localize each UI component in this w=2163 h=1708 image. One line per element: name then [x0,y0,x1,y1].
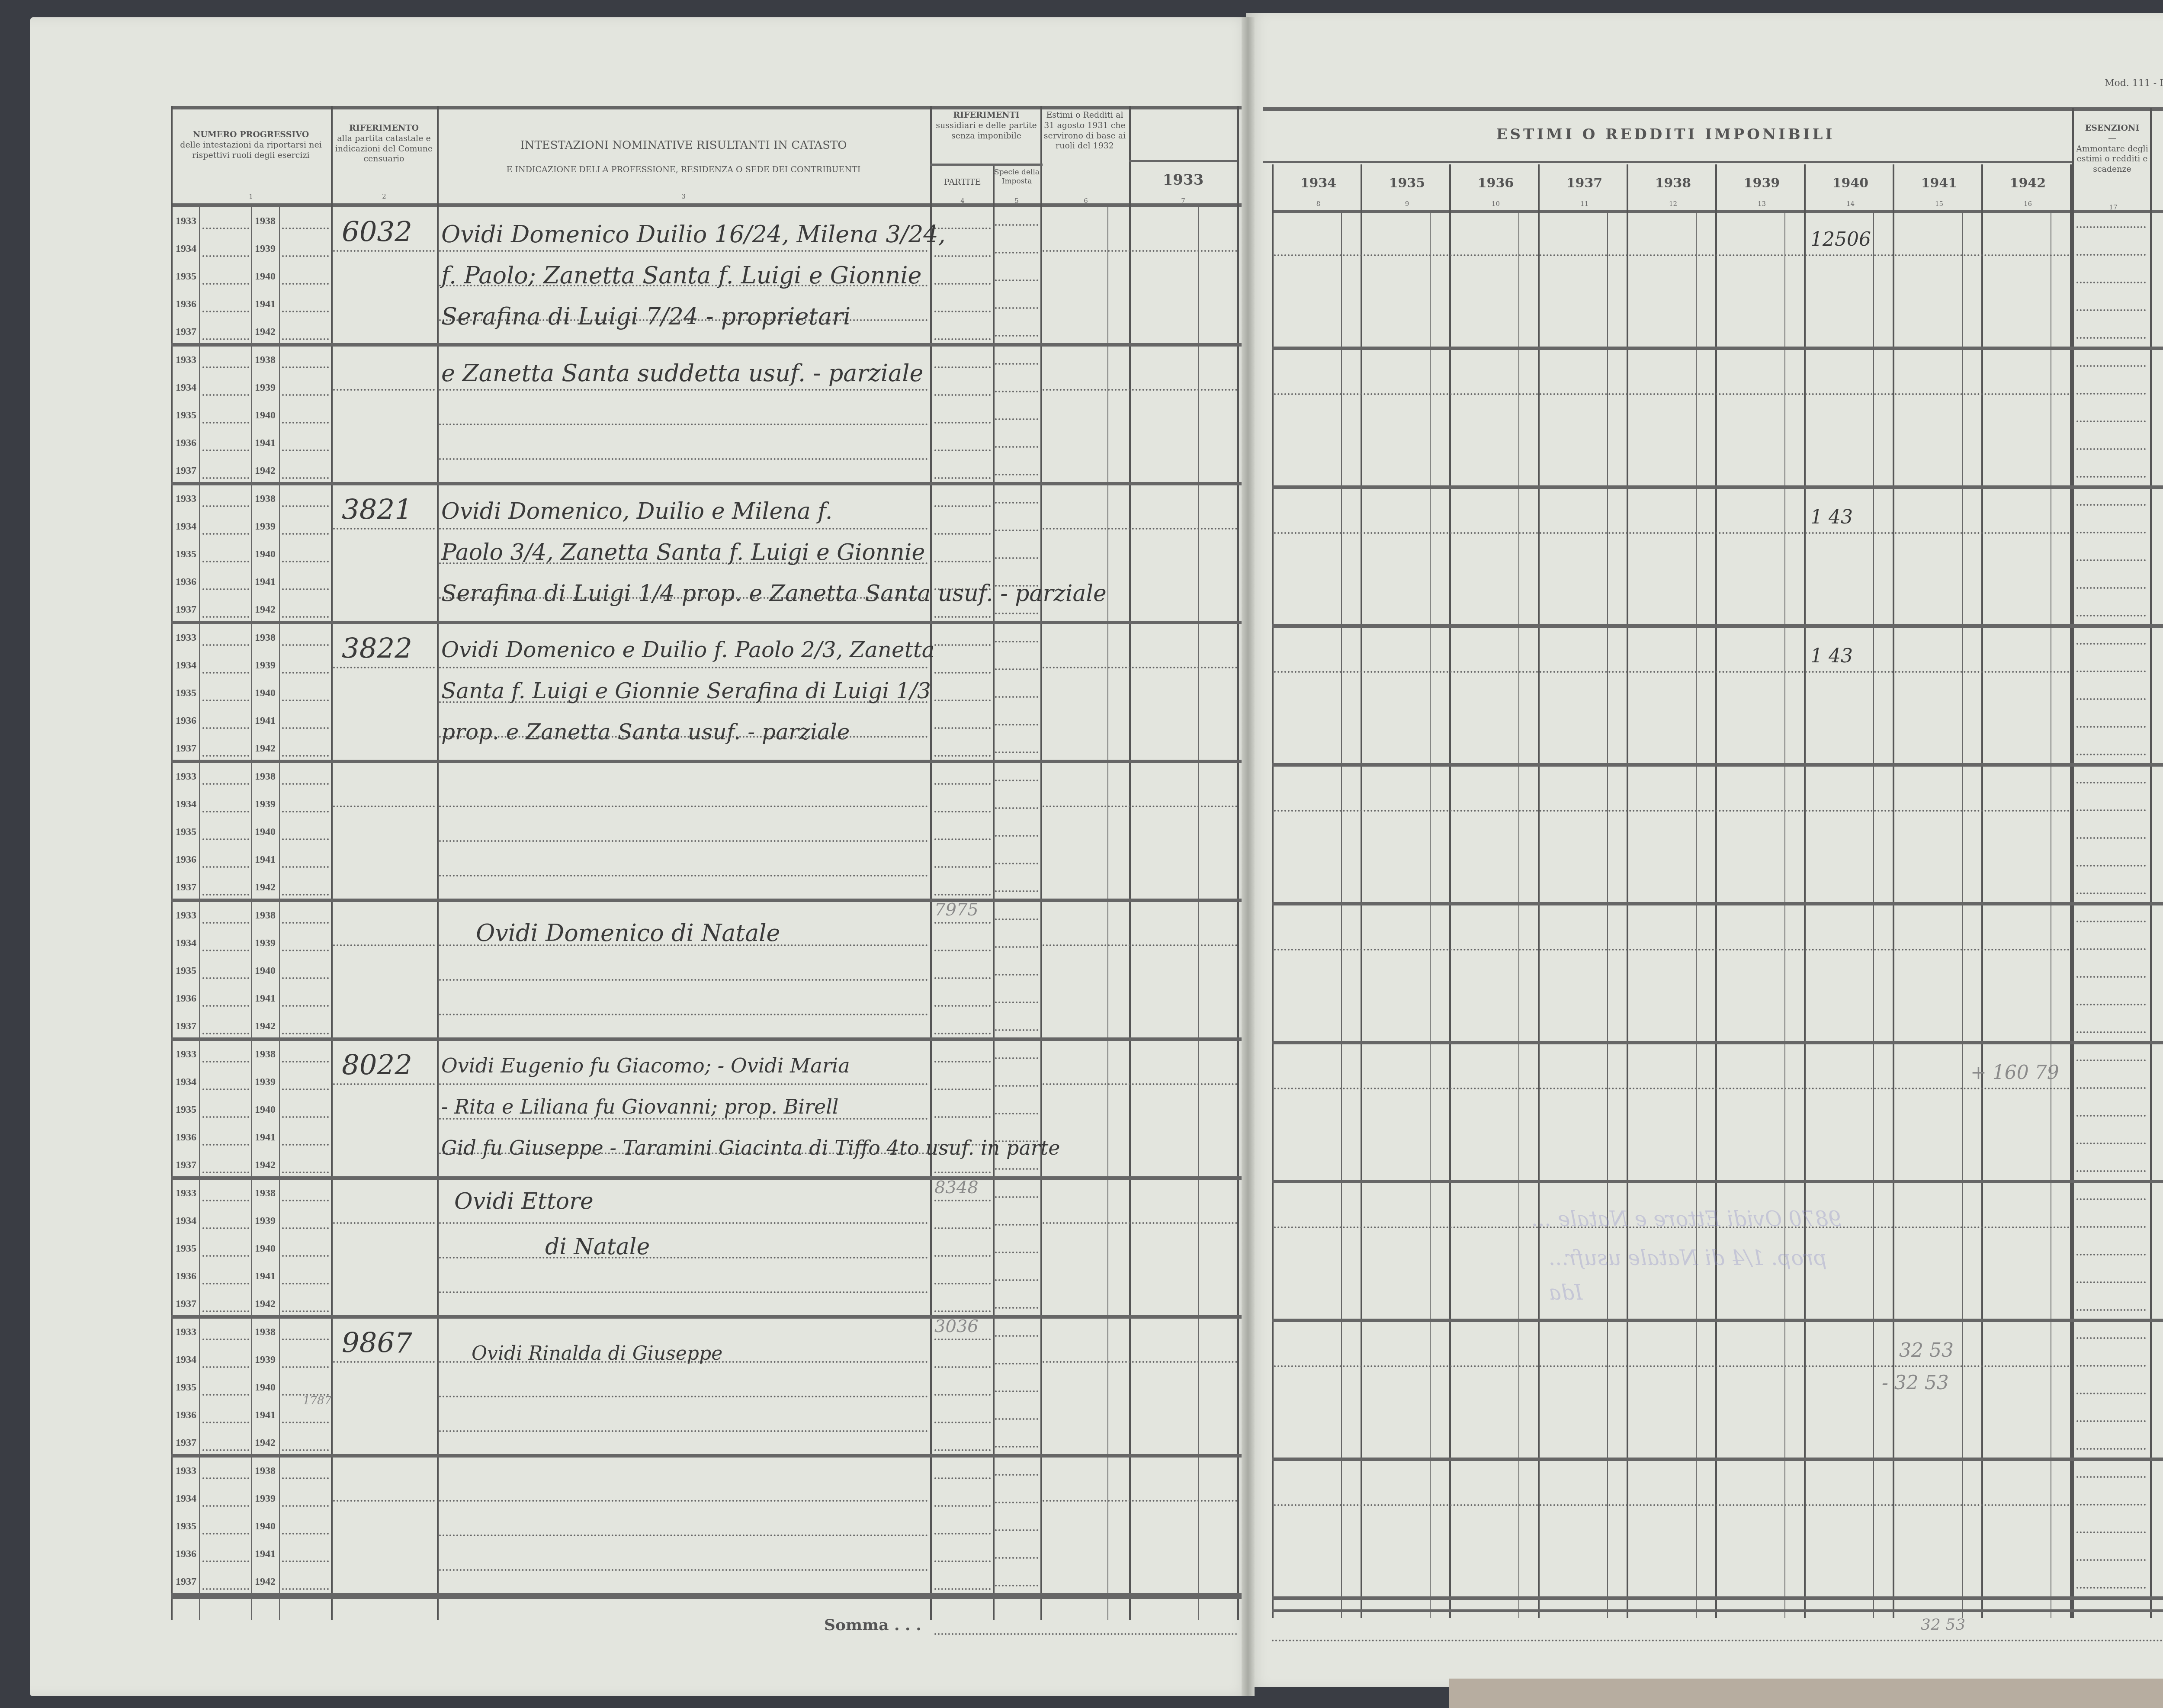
specie-line [995,446,1038,448]
partite-line [934,1088,991,1090]
year-label: 1939 [252,1493,278,1505]
writing-line [439,1430,928,1432]
year-blank [202,1088,249,1090]
year-label: 1935 [173,549,199,560]
year-label: 1940 [252,965,278,977]
intestazione-line: Ovidi Rinalda di Giuseppe [472,1342,722,1364]
year-label: 1941 [252,715,278,727]
year-blank [282,1200,329,1201]
value-line [1274,254,2070,256]
year-blank [282,1005,329,1007]
year-blank [282,811,329,812]
specie-line [995,807,1038,809]
estimi-rule [1263,161,2072,163]
cents-divider [2051,212,2051,1618]
year-label: 1941 [252,854,278,866]
year-blank [282,1033,329,1034]
year-blank [202,1005,249,1007]
year-label: 1939 [252,521,278,533]
esenzioni-line [2076,282,2146,283]
year-blank [282,1144,329,1146]
year-label: 1942 [252,604,278,616]
year-label: 1942 [252,1159,278,1171]
header-esenzioni: ESENZIONI — Ammontare degli estimi o red… [2074,123,2150,175]
riferimento-line [333,667,435,668]
year-label: 1936 [173,993,199,1005]
year-blank [282,1283,329,1284]
year-label: 1935 [173,271,199,283]
year-label: 1940 [252,271,278,283]
partite-line [934,255,991,257]
column-number: 2 [375,193,393,200]
intestazione-line: Ovidi Domenico di Natale [476,919,780,947]
esenzioni-line [2076,1143,2146,1144]
header-subtitle: delle intestazioni da riportarsi nei ris… [173,140,329,161]
year-blank [202,1588,249,1590]
specie-line [995,252,1038,254]
year-blank [202,616,249,618]
block-separator [1272,763,2163,767]
esenzioni-line [2076,1531,2146,1533]
intestazione-line: Serafina di Luigi 1/4 prop. e Zanetta Sa… [441,581,1107,607]
column-number: 7 [1175,197,1192,205]
year-blank [202,477,249,479]
year-blank [282,311,329,312]
year-label: 1934 [173,660,199,671]
header-subtitle: alla partita catastale e indicazioni del… [333,134,435,164]
estimo-value-1941: 32 53 [1899,1339,1954,1361]
writing-line [439,979,928,981]
partite-number: 3036 [934,1316,979,1336]
specie-line [995,279,1038,281]
esenzioni-line [2076,559,2146,561]
year-blank [282,700,329,701]
partite-line [934,1422,991,1423]
header-subtitle: sussidiari e delle partite senza imponib… [932,121,1040,141]
partite-line [934,1061,991,1063]
col-separator [930,106,932,1620]
cents-divider [1696,212,1697,1618]
partite-line [934,1033,991,1034]
partite-line [934,1505,991,1507]
specie-line [995,530,1038,531]
year-label: 1940 [252,410,278,421]
year-label: 1934 [173,1215,199,1227]
partite-line [934,311,991,312]
writing-line [439,250,928,252]
year-blank [202,366,249,368]
year-blank [202,1422,249,1423]
estimi-line [1043,1361,1237,1363]
esenzioni-line [2076,1448,2146,1450]
year-blank [202,894,249,896]
year-label: 1934 [173,243,199,255]
value-line [1274,810,2070,812]
esenzioni-line [2076,1559,2146,1561]
riferimento-line [333,1222,435,1224]
partite-line [934,672,991,674]
block-separator [171,1176,1242,1180]
cents-divider [1607,212,1608,1618]
year-blank [202,700,249,701]
year-label: 1937 [173,1159,199,1171]
specie-line [995,1446,1038,1448]
partite-line [934,894,991,896]
year-label: 1937 [173,326,199,338]
header-title: INTESTAZIONI NOMINATIVE RISULTANTI IN CA… [439,138,928,153]
value-line [1274,671,2070,673]
year-header-1937: 1937 [1540,175,1629,192]
writing-line [439,1014,928,1015]
header-riferimenti-sussidiari: RIFERIMENTI sussidiari e delle partite s… [932,110,1040,141]
esenzioni-line [2076,254,2146,256]
year-header-1939: 1939 [1717,175,1806,192]
year-label: 1936 [173,299,199,310]
esenzioni-line [2076,1254,2146,1255]
col-separator [1237,106,1239,1620]
header-year-1933: 1933 [1131,171,1235,189]
col-subdivider [1198,205,1199,1620]
year-label: 1938 [252,771,278,783]
book-cover-cloth [1449,1679,2163,1708]
year-blank [202,838,249,840]
year-label: 1941 [252,437,278,449]
year-blank [282,338,329,340]
esenzioni-line [2076,532,2146,533]
year-blank [282,755,329,757]
year-label: 1937 [173,882,199,893]
specie-line [995,391,1038,392]
col-separator [1893,164,1894,1618]
partite-line [934,1255,991,1257]
writing-line [439,1396,928,1397]
year-blank [282,1449,329,1451]
block-separator [1272,1458,2163,1461]
value-line [1274,1365,2070,1367]
year-blank [202,1449,249,1451]
year-blank [282,228,329,229]
year-label: 1942 [252,1576,278,1588]
partite-line [934,394,991,396]
block-separator [1272,624,2163,628]
col-separator [2072,108,2074,1618]
esenzioni-line [2076,1476,2146,1478]
year-blank [282,1366,329,1368]
year-blank [202,422,249,424]
year-blank [202,561,249,562]
block-separator [171,1593,1242,1596]
estimo-value-1940: 1 43 [1810,506,1853,528]
esenzioni-line [2076,1198,2146,1200]
year-blank [202,588,249,590]
year-label: 1940 [252,826,278,838]
partite-line [934,755,991,757]
right-page [1246,13,2163,1687]
year-label: 1938 [252,354,278,366]
specie-line [995,224,1038,226]
intestazione-line: Ovidi Eugenio fu Giacomo; - Ovidi Maria [441,1054,850,1077]
specie-line [995,307,1038,309]
block-separator [1272,1319,2163,1322]
specie-line [995,1418,1038,1420]
year-blank [282,422,329,424]
header-title: ESENZIONI [2074,123,2150,134]
year-label: 1941 [252,1548,278,1560]
esenzioni-line [2076,1420,2146,1422]
year-blank [202,783,249,785]
riferimento-line [333,1500,435,1502]
year-label: 1935 [173,1104,199,1116]
value-line [1274,1504,2070,1506]
year-label: 1938 [252,215,278,227]
year-blank [202,644,249,646]
year-label: 1941 [252,1409,278,1421]
year-label: 1938 [252,1188,278,1199]
year-blank [202,338,249,340]
year-blank [202,977,249,979]
esenzioni-line [2076,726,2146,728]
year-label: 1935 [173,1382,199,1393]
year-blank [282,838,329,840]
header-dash: — [2074,134,2150,144]
intestazione-line: di Natale [545,1234,650,1260]
year-blank [282,366,329,368]
partite-line [934,977,991,979]
header-title: RIFERIMENTI [932,110,1040,121]
esenzioni-line [2076,1337,2146,1339]
year-blank [282,505,329,507]
specie-line [995,1390,1038,1392]
value-line [1274,532,2070,534]
col-separator [1129,106,1131,1620]
year-blank [202,394,249,396]
year-label: 1940 [252,687,278,699]
writing-line [439,1083,928,1085]
partite-line [934,838,991,840]
book-gutter [1242,17,1255,1696]
riferimento-line [333,806,435,807]
year-label: 1942 [252,743,278,754]
year-blank [282,977,329,979]
col-separator [2150,108,2152,1618]
year-label: 1937 [173,465,199,477]
year-blank [202,1255,249,1257]
year-label: 1942 [252,882,278,893]
year-label: 1941 [252,576,278,588]
year-label: 1942 [252,1437,278,1449]
year-blank [202,922,249,924]
writing-line [439,1569,928,1571]
esenzioni-line [2076,1226,2146,1228]
specie-line [995,418,1038,420]
year-blank [282,894,329,896]
col-separator [331,106,333,1620]
partite-line [934,477,991,479]
intestazione-line: Ovidi Ettore [454,1188,594,1214]
year-label: 1934 [173,521,199,533]
esenzioni-line [2076,1087,2146,1089]
esenzioni-line [2076,1393,2146,1394]
year-label: 1939 [252,660,278,671]
specie-line [995,1502,1038,1503]
header-bottom-rule [1272,210,2163,213]
year-label: 1935 [173,1243,199,1255]
year-label: 1939 [252,382,278,394]
partite-line [934,811,991,812]
estimi-line [1043,1222,1237,1224]
col-separator [1272,164,1274,1618]
specie-line [995,335,1038,337]
block-separator [171,343,1242,347]
column-number: 4 [954,197,971,205]
writing-line [439,1500,928,1502]
writing-line [439,1291,928,1293]
year-header-1935: 1935 [1363,175,1451,192]
header-title: RIFERIMENTO [333,123,435,134]
year-label: 1933 [173,1326,199,1338]
partite-line [934,283,991,285]
estimi-line [1043,528,1237,530]
col-separator [437,106,439,1620]
col-separator [1981,164,1983,1618]
year-label: 1939 [252,243,278,255]
year-blank [202,1560,249,1562]
writing-line [439,1257,928,1259]
partite-line [934,505,991,507]
partite-line [934,1227,991,1229]
year-blank [202,283,249,285]
year-blank [282,1560,329,1562]
year-label: 1938 [252,632,278,644]
riferimento-number: 9867 [342,1327,412,1359]
column-number: 11 [1576,200,1593,208]
year-label: 1941 [252,299,278,310]
partite-line [934,1005,991,1007]
esenzioni-line [2076,309,2146,311]
year-label: 1936 [173,576,199,588]
year-blank [282,449,329,451]
partite-line [934,616,991,618]
estimo-value-1940: 12506 [1810,228,1871,250]
table-top-rule [1263,107,2163,111]
year-label: 1938 [252,910,278,921]
year-label: 1935 [173,826,199,838]
writing-line [439,528,928,530]
year-blank [282,950,329,951]
column-number: 1 [242,193,260,200]
partite-line [934,338,991,340]
partite-line [934,422,991,424]
year-label: 1937 [173,743,199,754]
col7-rule [1129,160,1237,162]
year-subdivider [279,205,280,1620]
partite-line [934,1172,991,1173]
value-line [1274,1088,2070,1089]
year-blank [282,672,329,674]
year-label: 1933 [173,910,199,921]
specie-line [995,1557,1038,1559]
specie-line [995,1279,1038,1281]
estimo-value-1940: 1 43 [1810,645,1853,667]
year-label: 1938 [252,1049,278,1060]
year-blank [282,783,329,785]
partite-line [934,922,991,924]
year-label: 1936 [173,1409,199,1421]
year-label: 1933 [173,1049,199,1060]
year-blank [282,255,329,257]
esenzioni-line [2076,365,2146,367]
year-blank [202,1227,249,1229]
year-label: 1934 [173,1354,199,1366]
riferimento-note: 1787 [303,1394,331,1407]
year-blank [202,1533,249,1535]
esenzioni-line [2076,893,2146,894]
cents-divider [1873,212,1874,1618]
year-blank [202,1310,249,1312]
year-label: 1935 [173,687,199,699]
bleed-line: Ida [1549,1281,1582,1305]
year-blank [282,1227,329,1229]
year-label: 1939 [252,1215,278,1227]
esenzioni-line [2076,1115,2146,1117]
esenzioni-line [2076,782,2146,783]
value-line [1274,393,2070,395]
header-intestazioni: INTESTAZIONI NOMINATIVE RISULTANTI IN CA… [439,138,928,175]
estimi-line [1043,389,1237,391]
year-blank [282,1116,329,1118]
year-label: 1941 [252,993,278,1005]
intestazione-line: f. Paolo; Zanetta Santa f. Luigi e Gionn… [441,262,922,289]
specie-line [995,363,1038,365]
writing-line [439,458,928,460]
header-subtitle: E INDICAZIONE DELLA PROFESSIONE, RESIDEN… [439,165,928,175]
year-label: 1936 [173,1548,199,1560]
col-separator [1804,164,1806,1618]
riferimento-number: 6032 [342,216,412,248]
riferimento-line [333,528,435,530]
year-blank [282,1588,329,1590]
partite-line [934,644,991,646]
partite-line [934,1394,991,1396]
year-label: 1942 [252,1298,278,1310]
year-blank [202,866,249,868]
year-label: 1933 [173,771,199,783]
partite-line [934,1339,991,1340]
esenzioni-line [2076,1309,2146,1311]
column-number: 12 [1665,200,1682,208]
intestazione-line: Paolo 3/4, Zanetta Santa f. Luigi e Gion… [441,539,925,565]
specie-line [995,1335,1038,1337]
year-label: 1934 [173,1493,199,1505]
year-blank [282,533,329,535]
estimi-line [1043,1500,1237,1502]
block-separator [171,621,1242,624]
riferimento-line [333,944,435,946]
year-label: 1933 [173,354,199,366]
esenzioni-line [2076,865,2146,867]
specie-line [995,613,1038,614]
year-blank [282,1172,329,1173]
year-subdivider [199,205,200,1620]
specie-line [995,974,1038,976]
estimi-line [1043,667,1237,668]
esenzioni-line [2076,337,2146,339]
specie-line [995,751,1038,753]
partite-line [934,700,991,701]
esenzioni-line [2076,809,2146,811]
year-label: 1936 [173,437,199,449]
year-label: 1935 [173,965,199,977]
